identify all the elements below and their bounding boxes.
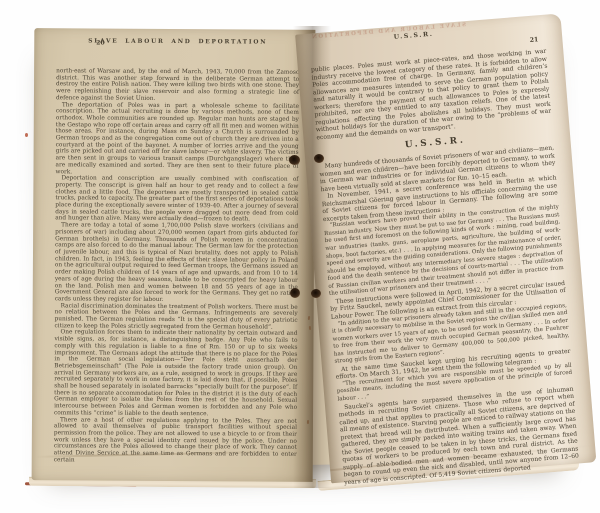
- wormhole: [289, 155, 300, 165]
- red-speck: [25, 133, 28, 137]
- right-page-number: 21: [529, 36, 538, 44]
- left-page-number: 20: [96, 40, 104, 47]
- right-page: SLAVE LABOUR AND DEPORTATION U.S.S.R. 21…: [295, 13, 596, 483]
- paragraph: public places. Poles must work at piece-…: [311, 48, 552, 142]
- wormhole: [314, 154, 324, 163]
- paragraph: Racial discrimination dominates the trea…: [55, 303, 298, 331]
- right-page-text: public places. Poles must work at piece-…: [311, 48, 580, 487]
- wormhole: [290, 288, 300, 298]
- paragraph: One regulation forces them to indicate t…: [54, 330, 298, 419]
- open-book-photo: 20 SLAVE LABOUR AND DEPORTATION north-ea…: [0, 0, 600, 513]
- wormhole: [311, 289, 321, 298]
- paragraph: north-east of Warsaw and, by the end of …: [56, 68, 299, 103]
- left-page: 20 SLAVE LABOUR AND DEPORTATION north-ea…: [32, 28, 316, 482]
- paragraph: There are today a total of some 1,700,00…: [55, 222, 298, 304]
- left-page-header: 20 SLAVE LABOUR AND DEPORTATION: [56, 38, 299, 48]
- left-page-text: north-east of Warsaw and, by the end of …: [54, 68, 299, 465]
- paragraph: There are a host of other regulations ap…: [54, 417, 297, 465]
- left-running-header: SLAVE LABOUR AND DEPORTATION: [56, 38, 299, 45]
- binding-stitch: [307, 420, 309, 424]
- paragraph: Deportation and conscription are usually…: [55, 176, 298, 224]
- binding-stitch: [309, 326, 311, 330]
- paragraph: The deportation of Poles was in part a w…: [55, 102, 298, 177]
